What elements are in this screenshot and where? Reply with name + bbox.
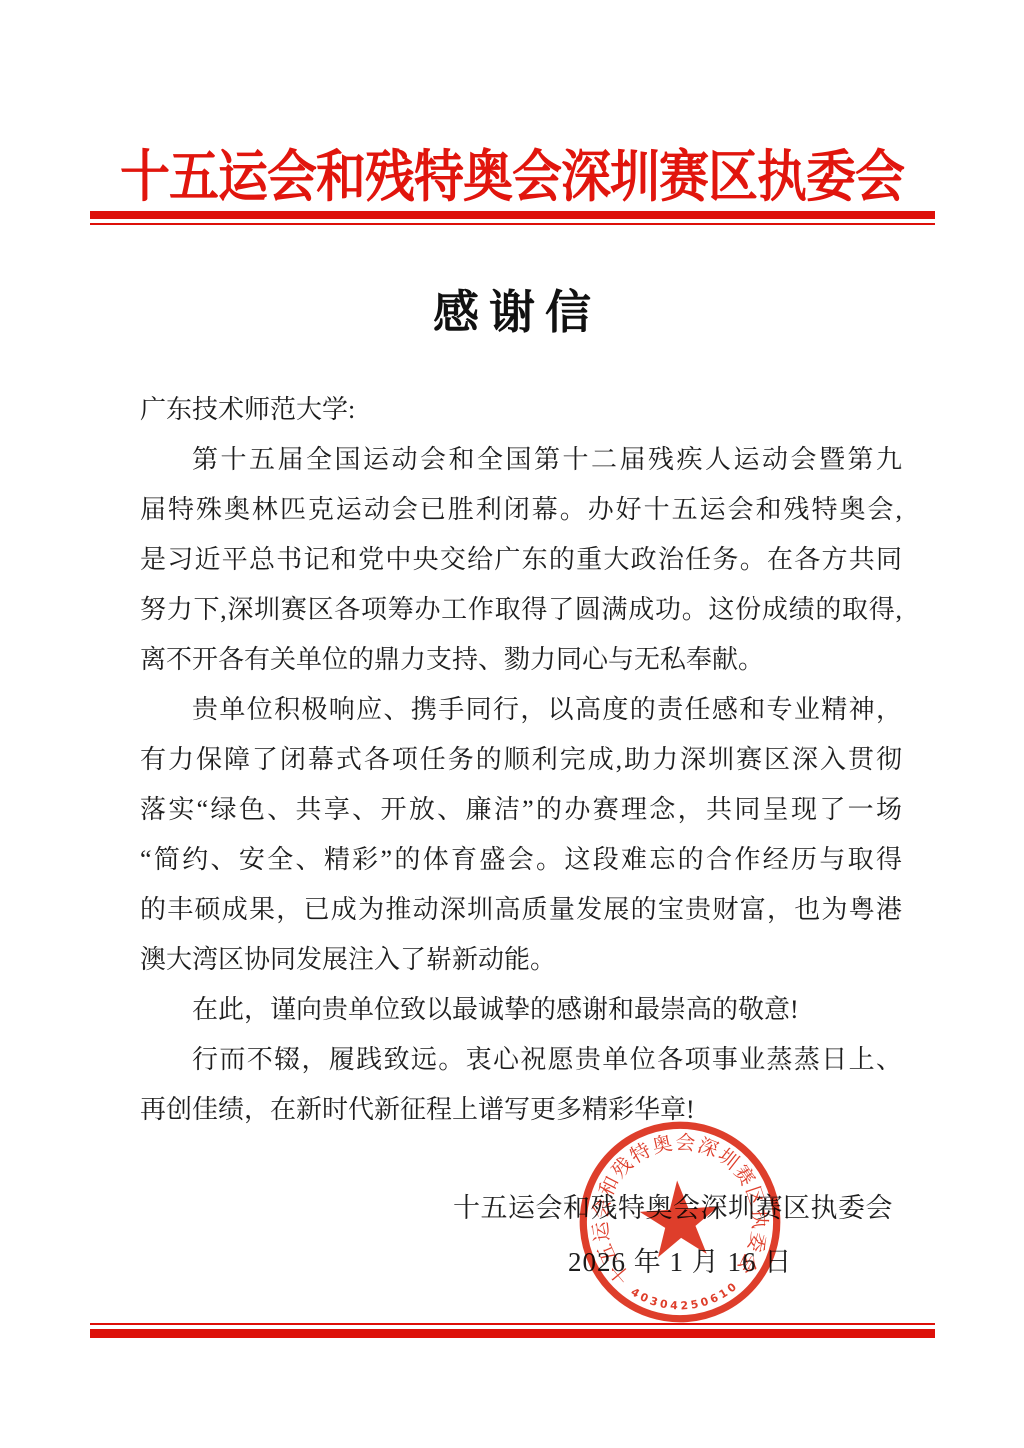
body-line: 再创佳绩，在新时代新征程上谱写更多精彩华章! [140,1085,902,1135]
letter-title: 感谢信 [0,276,1024,342]
body-line: “简约、安全、精彩”的体育盛会。这段难忘的合作经历与取得 [140,835,902,885]
body-line: 努力下,深圳赛区各项筹办工作取得了圆满成功。这份成绩的取得, [140,585,902,635]
body-line: 澳大湾区协同发展注入了崭新动能。 [140,935,902,985]
letterhead-rule-thin [90,223,935,225]
body-line: 届特殊奥林匹克运动会已胜利闭幕。办好十五运会和残特奥会, [140,485,902,535]
salutation: 广东技术师范大学: [140,385,902,435]
body-line: 第十五届全国运动会和全国第十二届残疾人运动会暨第九 [140,435,902,485]
official-seal: 十五运会和残特奥会深圳赛区执委会 4403042506104 [569,1111,791,1333]
letter-body: 广东技术师范大学: 第十五届全国运动会和全国第十二届残疾人运动会暨第九 届特殊奥… [140,385,902,1135]
body-line: 落实“绿色、共享、开放、廉洁”的办赛理念，共同呈现了一场 [140,785,902,835]
body-line: 在此，谨向贵单位致以最诚挚的感谢和最崇高的敬意! [140,985,902,1035]
body-line: 贵单位积极响应、携手同行，以高度的责任感和专业精神， [140,685,902,735]
body-line: 是习近平总书记和党中央交给广东的重大政治任务。在各方共同 [140,535,902,585]
letter-page: 十五运会和残特奥会深圳赛区执委会 感谢信 广东技术师范大学: 第十五届全国运动会… [0,0,1024,1448]
body-line: 的丰硕成果，已成为推动深圳高质量发展的宝贵财富，也为粤港 [140,885,902,935]
footer-rule-thick [90,1329,935,1338]
body-line: 离不开各有关单位的鼎力支持、勠力同心与无私奉献。 [140,635,902,685]
body-line: 有力保障了闭幕式各项任务的顺利完成,助力深圳赛区深入贯彻 [140,735,902,785]
letterhead-org-title: 十五运会和残特奥会深圳赛区执委会 [0,132,1024,213]
seal-star-icon [638,1178,722,1259]
footer-rule-thin [90,1323,935,1325]
body-line: 行而不辍，履践致远。衷心祝愿贵单位各项事业蒸蒸日上、 [140,1035,902,1085]
letterhead-rule-thick [90,211,935,219]
